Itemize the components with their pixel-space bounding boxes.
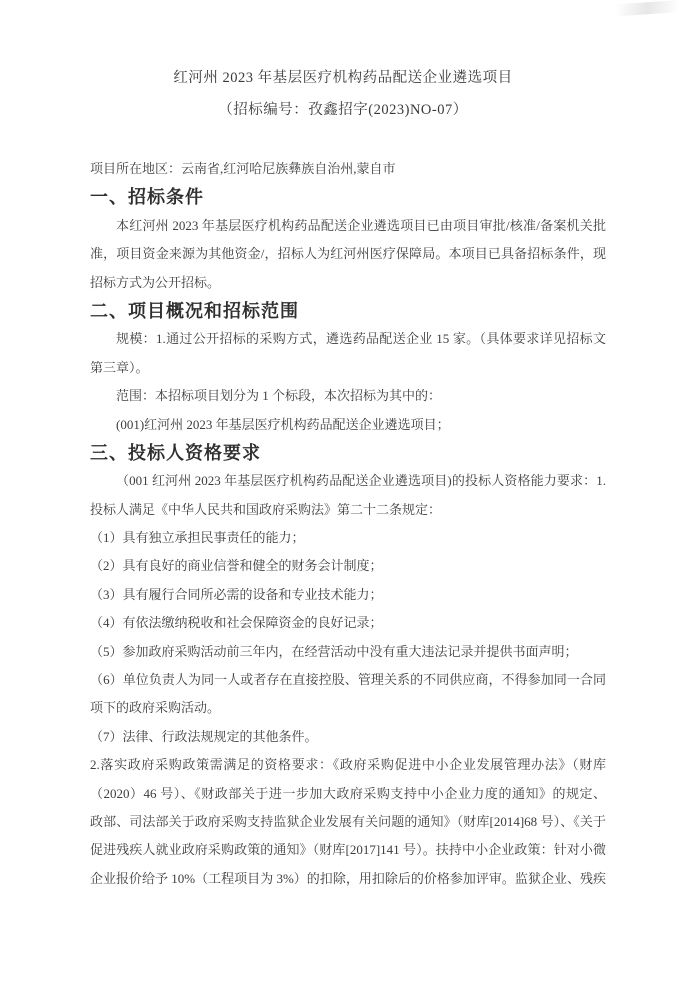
section-1-heading: 一、招标条件 <box>90 183 606 211</box>
title-block: 红河州 2023 年基层医疗机构药品配送企业遴选项目 （招标编号：孜鑫招字(20… <box>0 0 686 126</box>
qualification-item-5: （5）参加政府采购活动前三年内，在经营活动中没有重大违法记录并提供书面声明； <box>90 638 606 666</box>
section-1-line: 招标方式为公开招标。 <box>90 269 606 297</box>
policy-paragraph-line: 企业报价给予 10%（工程项目为 3%）的扣除，用扣除后的价格参加评审。监狱企业… <box>90 865 606 893</box>
section-2-line: (001)红河州 2023 年基层医疗机构药品配送企业遴选项目； <box>90 411 606 439</box>
document-subtitle: （招标编号：孜鑫招字(2023)NO-07） <box>0 94 686 126</box>
section-2-heading: 二、项目概况和招标范围 <box>90 297 606 325</box>
section-1-line: 本红河州 2023 年基层医疗机构药品配送企业遴选项目已由项目审批/核准/备案机… <box>90 212 606 240</box>
section-2-line: 规模：1.通过公开招标的采购方式，遴选药品配送企业 15 家。（具体要求详见招标… <box>90 325 606 353</box>
qualification-item-3: （3）具有履行合同所必需的设备和专业技术能力； <box>90 581 606 609</box>
qualification-item-7: （7）法律、行政法规规定的其他条件。 <box>90 723 606 751</box>
section-3-line: 投标人满足《中华人民共和国政府采购法》第二十二条规定： <box>90 496 606 524</box>
policy-paragraph-line: 2.落实政府采购政策需满足的资格要求：《政府采购促进中小企业发展管理办法》（财库 <box>90 751 606 779</box>
section-3-line: （001 红河州 2023 年基层医疗机构药品配送企业遴选项目)的投标人资格能力… <box>90 467 606 495</box>
policy-paragraph-line: （2020）46 号）、《财政部关于进一步加大政府采购支持中小企业力度的通知》的… <box>90 780 606 808</box>
document-title: 红河州 2023 年基层医疗机构药品配送企业遴选项目 <box>0 62 686 94</box>
project-location-line: 项目所在地区：云南省,红河哈尼族彝族自治州,蒙自市 <box>90 155 606 183</box>
qualification-item-2: （2）具有良好的商业信誉和健全的财务会计制度； <box>90 552 606 580</box>
section-2-line: 第三章）。 <box>90 354 606 382</box>
section-1-line: 准，项目资金来源为其他资金/，招标人为红河州医疗保障局。本项目已具备招标条件，现 <box>90 240 606 268</box>
qualification-item-6-cont: 项下的政府采购活动。 <box>90 694 606 722</box>
document-body: 项目所在地区：云南省,红河哈尼族彝族自治州,蒙自市 一、招标条件 本红河州 20… <box>0 126 686 893</box>
section-3-heading: 三、投标人资格要求 <box>90 439 606 467</box>
policy-paragraph-line: 政部、司法部关于政府采购支持监狱企业发展有关问题的通知》（财库[2014]68 … <box>90 808 606 836</box>
qualification-item-1: （1）具有独立承担民事责任的能力； <box>90 524 606 552</box>
qualification-item-4: （4）有依法缴纳税收和社会保障资金的良好记录； <box>90 609 606 637</box>
document-page: 红河州 2023 年基层医疗机构药品配送企业遴选项目 （招标编号：孜鑫招字(20… <box>0 0 686 986</box>
section-2-line: 范围：本招标项目划分为 1 个标段，本次招标为其中的： <box>90 382 606 410</box>
qualification-item-6: （6）单位负责人为同一人或者存在直接控股、管理关系的不同供应商，不得参加同一合同 <box>90 666 606 694</box>
policy-paragraph-line: 促进残疾人就业政府采购政策的通知》（财库[2017]141 号）。扶持中小企业政… <box>90 836 606 864</box>
